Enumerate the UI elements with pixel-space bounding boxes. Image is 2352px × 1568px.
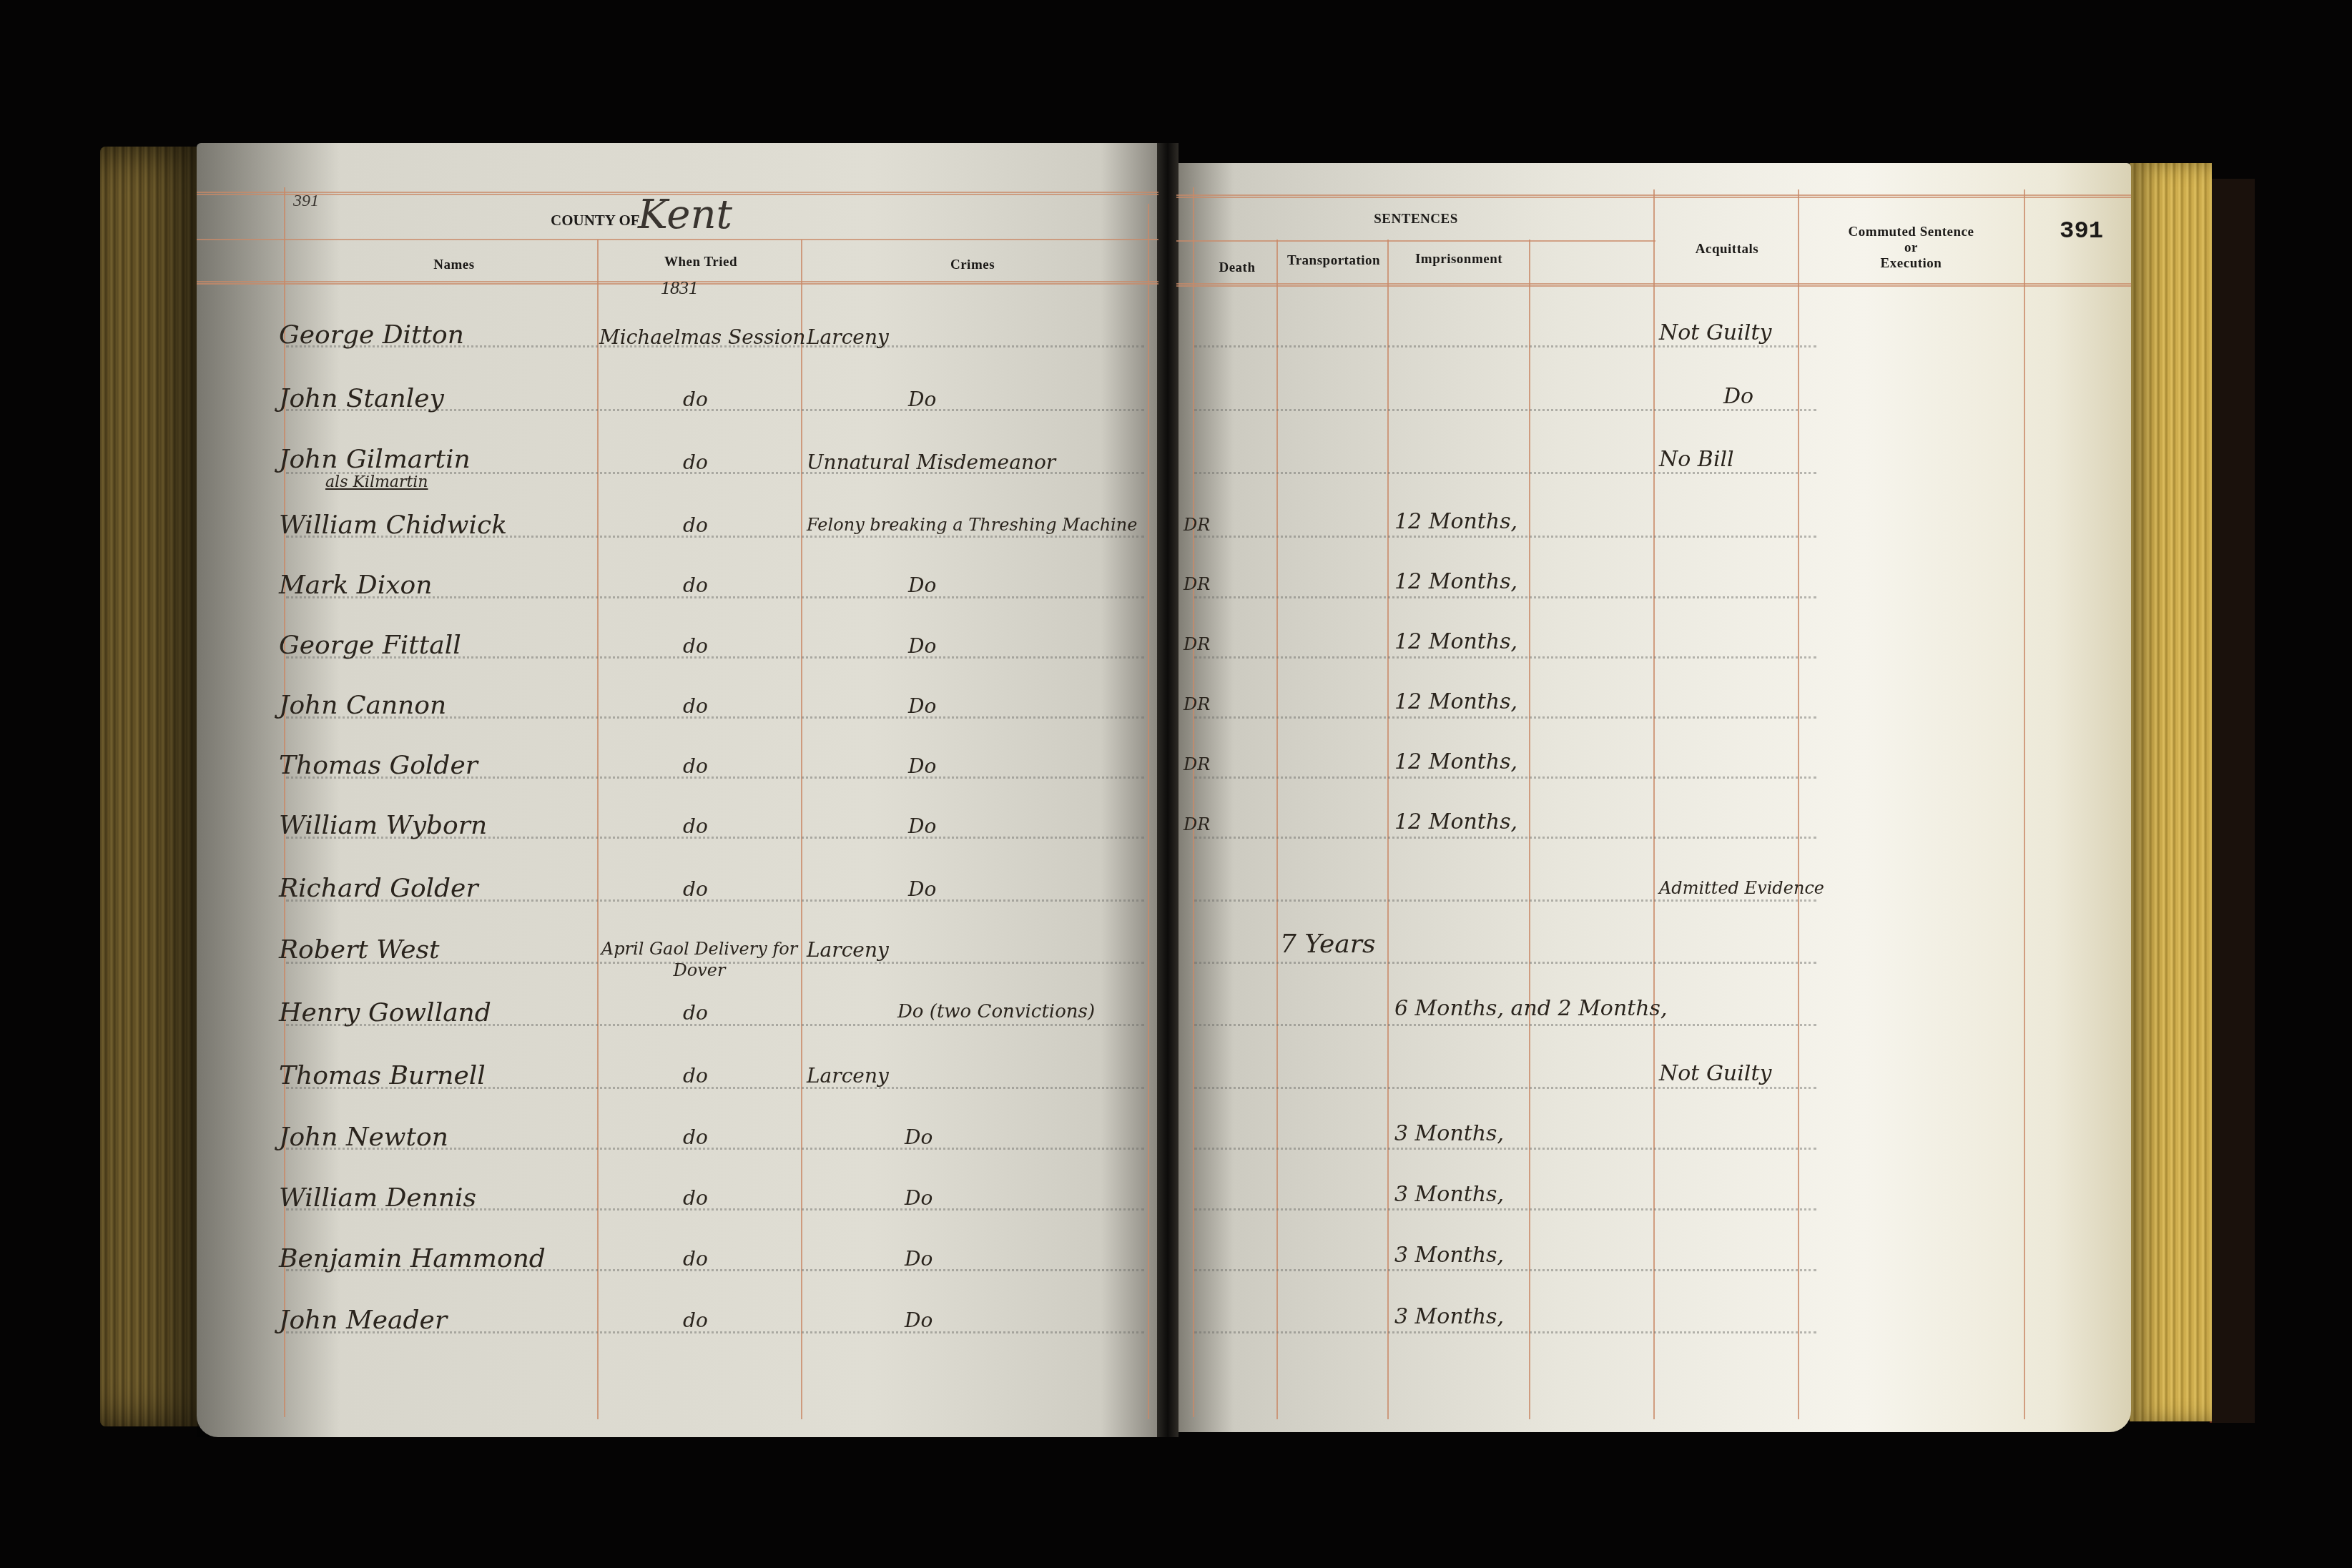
entry-when-tried: do bbox=[683, 513, 708, 537]
book-gutter bbox=[1157, 143, 1179, 1437]
open-ledger-book: 391 COUNTY OF Kent Names When Tried Crim… bbox=[0, 0, 2352, 1568]
entry-when-tried: do bbox=[683, 1247, 708, 1271]
entry-crime: Larceny bbox=[807, 938, 889, 962]
header-commuted-line3: Execution bbox=[1802, 256, 2020, 272]
entry-name: William Wyborn bbox=[279, 811, 487, 840]
entry-name: John Meader bbox=[279, 1306, 447, 1335]
entry-name: John Cannon bbox=[279, 691, 446, 720]
header-commuted-line2: or bbox=[1802, 240, 2020, 256]
header-imprisonment: Imprisonment bbox=[1394, 252, 1523, 267]
entry-when-tried: do bbox=[683, 1186, 708, 1210]
entry-crime: Do bbox=[908, 754, 936, 778]
entry-name: Richard Golder bbox=[279, 874, 478, 903]
entry-crime: Unnatural Misdemeanor bbox=[807, 450, 1056, 474]
entry-name: John Gilmartin bbox=[279, 445, 471, 474]
rule-imprison-blank bbox=[1529, 240, 1530, 1419]
rule-commuted-right bbox=[2024, 189, 2025, 1419]
header-commuted-line1: Commuted Sentence bbox=[1802, 225, 2020, 240]
header-names: Names bbox=[400, 257, 508, 273]
entry-acquittal: Admitted Evidence bbox=[1659, 878, 1824, 898]
entry-name: Benjamin Hammond bbox=[279, 1244, 546, 1273]
entry-crime: Do (two Convictions) bbox=[897, 1001, 1095, 1022]
entry-imprisonment: 12 Months, bbox=[1394, 629, 1517, 654]
header-crimes: Crimes bbox=[930, 257, 1015, 273]
rule-acquittals-left bbox=[1653, 189, 1655, 1419]
entry-name: John Newton bbox=[279, 1123, 448, 1152]
county-name: Kent bbox=[638, 192, 732, 238]
left-margin-rule bbox=[284, 187, 285, 1417]
entry-crime: Do bbox=[905, 1247, 933, 1271]
entry-imprisonment: 12 Months, bbox=[1394, 509, 1517, 534]
rule-commuted-left bbox=[1798, 189, 1799, 1419]
entry-crime: Larceny bbox=[807, 1064, 889, 1088]
entry-when-tried: do bbox=[683, 1064, 708, 1088]
header-commuted: Commuted Sentence or Execution bbox=[1802, 225, 2020, 272]
header-acquittals: Acquittals bbox=[1659, 242, 1795, 257]
entry-crime: Do bbox=[908, 814, 936, 838]
entry-death: DR bbox=[1184, 634, 1210, 654]
rule-top-right bbox=[1176, 194, 2131, 198]
header-transportation: Transportation bbox=[1280, 253, 1387, 269]
entry-crime: Do bbox=[905, 1308, 933, 1332]
entry-when-tried: do bbox=[683, 814, 708, 838]
header-when-tried: When Tried bbox=[644, 255, 758, 270]
entry-name: Thomas Burnell bbox=[279, 1061, 486, 1090]
entry-imprisonment: 12 Months, bbox=[1394, 569, 1517, 594]
entry-name: William Dennis bbox=[279, 1183, 476, 1213]
entry-when-tried: do bbox=[683, 877, 708, 901]
entry-name: Henry Gowlland bbox=[279, 998, 491, 1027]
entry-when-tried: do bbox=[683, 573, 708, 597]
header-death: Death bbox=[1201, 260, 1273, 276]
entry-when-tried: do bbox=[683, 388, 708, 411]
entry-death: DR bbox=[1184, 814, 1210, 834]
entry-when-tried: April Gaol Delivery for Dover bbox=[599, 938, 799, 981]
rule-names-when bbox=[597, 240, 599, 1419]
entry-transportation: 7 Years bbox=[1280, 930, 1375, 959]
entry-acquittal: Not Guilty bbox=[1659, 1061, 1771, 1086]
entry-when-tried: do bbox=[683, 754, 708, 778]
header-sentences: SENTENCES bbox=[1344, 212, 1487, 227]
rule-header-top bbox=[197, 239, 1158, 240]
entry-imprisonment: 6 Months, and 2 Months, bbox=[1394, 996, 1668, 1021]
entry-death: DR bbox=[1184, 574, 1210, 594]
year-annotation: 1831 bbox=[661, 277, 698, 299]
rule-death-transport bbox=[1276, 240, 1278, 1419]
entry-crime: Do bbox=[905, 1125, 933, 1149]
entry-crime: Do bbox=[908, 877, 936, 901]
entry-crime: Do bbox=[908, 634, 936, 658]
rule-sentences-divider bbox=[1176, 240, 1655, 242]
entry-crime: Do bbox=[908, 388, 936, 411]
entry-imprisonment: 3 Months, bbox=[1394, 1243, 1504, 1268]
rule-left-right-edge bbox=[1148, 204, 1149, 1419]
entry-crime: Felony breaking a Threshing Machine bbox=[807, 515, 1137, 535]
right-page-block-edge bbox=[2130, 163, 2212, 1421]
entry-imprisonment: 3 Months, bbox=[1394, 1182, 1504, 1207]
entry-name: Robert West bbox=[279, 935, 440, 965]
entry-imprisonment: 3 Months, bbox=[1394, 1121, 1504, 1146]
entry-name: Thomas Golder bbox=[279, 751, 478, 780]
entry-when-tried: do bbox=[683, 1308, 708, 1332]
entry-acquittal: Do bbox=[1723, 384, 1753, 409]
entry-name: Mark Dixon bbox=[279, 571, 432, 600]
entry-name: William Chidwick bbox=[279, 511, 507, 540]
entry-imprisonment: 12 Months, bbox=[1394, 809, 1517, 834]
book-cover-right bbox=[2210, 179, 2255, 1423]
entry-name: George Ditton bbox=[279, 320, 464, 350]
entry-when-tried: do bbox=[683, 634, 708, 658]
entry-imprisonment: 3 Months, bbox=[1394, 1304, 1504, 1329]
entry-when-tried: do bbox=[683, 1001, 708, 1025]
entry-death: DR bbox=[1184, 515, 1210, 535]
entry-when-tried: do bbox=[683, 694, 708, 718]
left-page-block-edge bbox=[100, 147, 200, 1426]
entry-name: George Fittall bbox=[279, 631, 461, 660]
entry-alias: als Kilmartin bbox=[325, 473, 428, 491]
entry-crime: Do bbox=[905, 1186, 933, 1210]
rule-header-bottom-right bbox=[1176, 283, 2131, 287]
entry-crime: Larceny bbox=[807, 325, 889, 349]
entry-death: DR bbox=[1184, 754, 1210, 774]
rule-when-crimes bbox=[801, 240, 802, 1419]
rule-transport-imprison bbox=[1387, 240, 1389, 1419]
entry-death: DR bbox=[1184, 694, 1210, 714]
entry-when-tried: Michaelmas Session bbox=[599, 325, 805, 349]
entry-acquittal: No Bill bbox=[1659, 447, 1734, 472]
right-margin-rule bbox=[1193, 187, 1194, 1417]
right-folio-number: 391 bbox=[2060, 218, 2103, 245]
left-folio-number: 391 bbox=[293, 192, 319, 211]
entry-imprisonment: 12 Months, bbox=[1394, 689, 1517, 714]
entry-imprisonment: 12 Months, bbox=[1394, 749, 1517, 774]
entry-name: John Stanley bbox=[279, 384, 444, 413]
entry-when-tried: do bbox=[683, 1125, 708, 1149]
entry-when-tried: do bbox=[683, 450, 708, 474]
entry-crime: Do bbox=[908, 694, 936, 718]
county-label: COUNTY OF bbox=[551, 212, 640, 230]
entry-crime: Do bbox=[908, 573, 936, 597]
entry-acquittal: Not Guilty bbox=[1659, 320, 1771, 345]
